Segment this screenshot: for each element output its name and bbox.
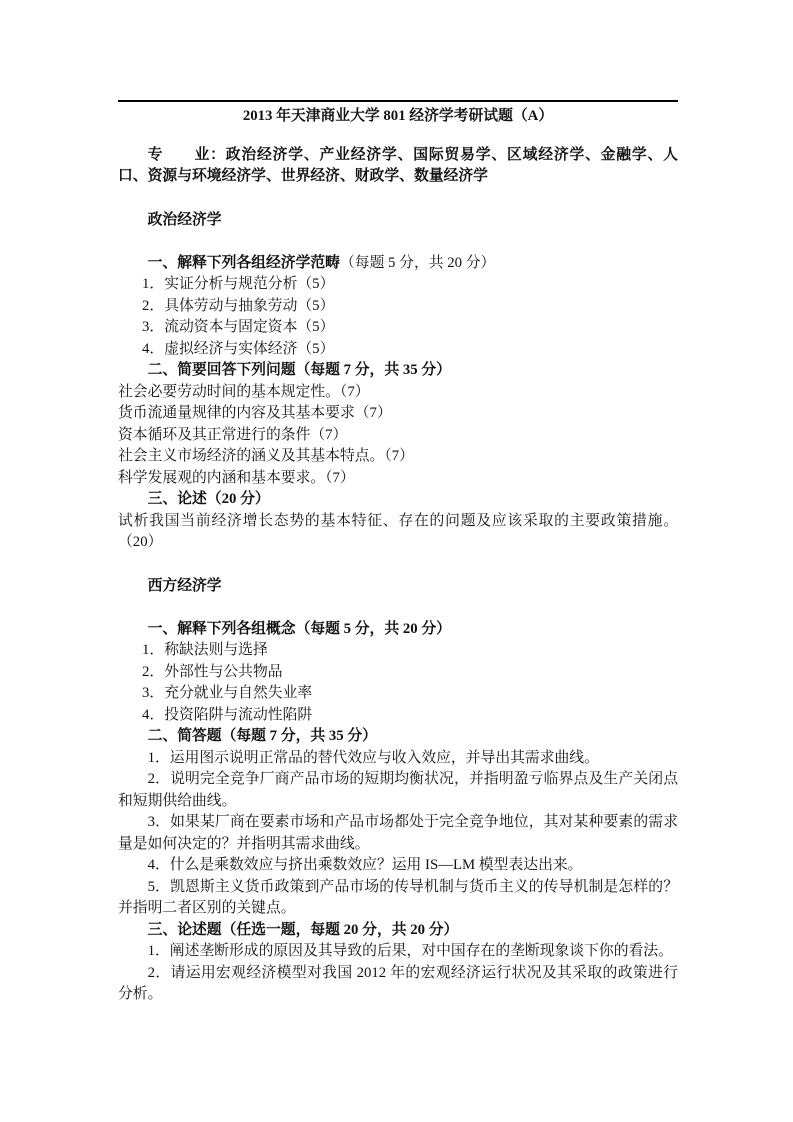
question-item: 3．充分就业与自然失业率	[118, 683, 678, 705]
section-heading: 政治经济学	[118, 210, 678, 232]
part-title: 二、简要回答下列问题（每题 7 分，共 35 分）	[148, 362, 451, 378]
part-heading: 三、论述题（任选一题，每题 20 分，共 20 分）	[118, 920, 678, 942]
question-item: 2．说明完全竞争厂商产品市场的短期均衡状况，并指明盈亏临界点及生产关闭点和短期供…	[118, 769, 678, 812]
question-item: 1．运用图示说明正常品的替代效应与收入效应，并导出其需求曲线。	[118, 748, 678, 770]
majors-label: 专 业：	[148, 147, 226, 163]
header-divider-rule	[118, 100, 678, 102]
question-item: 社会必要劳动时间的基本规定性。（7）	[118, 382, 678, 404]
part-heading: 一、解释下列各组概念（每题 5 分，共 20 分）	[118, 619, 678, 641]
question-item: 社会主义市场经济的涵义及其基本特点。（7）	[118, 446, 678, 468]
question-item: 4．虚拟经济与实体经济（5）	[118, 339, 678, 361]
part-heading: 二、简要回答下列问题（每题 7 分，共 35 分）	[118, 360, 678, 382]
section-political-economics: 政治经济学 一、解释下列各组经济学范畴（每题 5 分，共 20 分） 1．实证分…	[118, 210, 678, 554]
part-title: 二、简答题（每题 7 分，共 35 分）	[148, 728, 377, 744]
question-item: 2．具体劳动与抽象劳动（5）	[118, 296, 678, 318]
question-item: 试析我国当前经济增长态势的基本特征、存在的问题及应该采取的主要政策措施。（20）	[118, 511, 678, 554]
question-item: 货币流通量规律的内容及其基本要求（7）	[118, 403, 678, 425]
part-title: 三、论述（20 分）	[148, 491, 270, 507]
question-item: 4．投资陷阱与流动性陷阱	[118, 705, 678, 727]
part-heading: 三、论述（20 分）	[118, 489, 678, 511]
question-item: 1．称缺法则与选择	[118, 640, 678, 662]
part-heading: 一、解释下列各组经济学范畴（每题 5 分，共 20 分）	[118, 253, 678, 275]
question-item: 资本循环及其正常进行的条件（7）	[118, 425, 678, 447]
page-content: 2013 年天津商业大学 801 经济学考研试题（A） 专 业：政治经济学、产业…	[118, 0, 678, 1006]
question-item: 1．实证分析与规范分析（5）	[118, 274, 678, 296]
majors-paragraph: 专 业：政治经济学、产业经济学、国际贸易学、区域经济学、金融学、人口、资源与环境…	[118, 145, 678, 188]
question-item: 3．流动资本与固定资本（5）	[118, 317, 678, 339]
part-title: 三、论述题（任选一题，每题 20 分，共 20 分）	[148, 922, 459, 938]
exam-title: 2013 年天津商业大学 801 经济学考研试题（A）	[118, 106, 678, 128]
section-heading: 西方经济学	[118, 576, 678, 598]
question-item: 3．如果某厂商在要素市场和产品市场都处于完全竞争地位，其对某种要素的需求量是如何…	[118, 812, 678, 855]
question-item: 2．外部性与公共物品	[118, 662, 678, 684]
question-item: 4．什么是乘数效应与挤出乘数效应？运用 IS—LM 模型表达出来。	[118, 855, 678, 877]
part-title: 一、解释下列各组概念（每题 5 分，共 20 分）	[148, 621, 451, 637]
section-western-economics: 西方经济学 一、解释下列各组概念（每题 5 分，共 20 分） 1．称缺法则与选…	[118, 576, 678, 1006]
question-item: 2．请运用宏观经济模型对我国 2012 年的宏观经济运行状况及其采取的政策进行分…	[118, 963, 678, 1006]
part-heading: 二、简答题（每题 7 分，共 35 分）	[118, 726, 678, 748]
question-item: 5．凯恩斯主义货币政策到产品市场的传导机制与货币主义的传导机制是怎样的？并指明二…	[118, 877, 678, 920]
question-item: 1．阐述垄断形成的原因及其导致的后果，对中国存在的垄断现象谈下你的看法。	[118, 941, 678, 963]
exam-page: 2013 年天津商业大学 801 经济学考研试题（A） 专 业：政治经济学、产业…	[0, 0, 793, 1122]
part-title: 一、解释下列各组经济学范畴	[148, 255, 340, 271]
question-item: 科学发展观的内涵和基本要求。（7）	[118, 468, 678, 490]
part-note: （每题 5 分，共 20 分）	[340, 255, 495, 271]
